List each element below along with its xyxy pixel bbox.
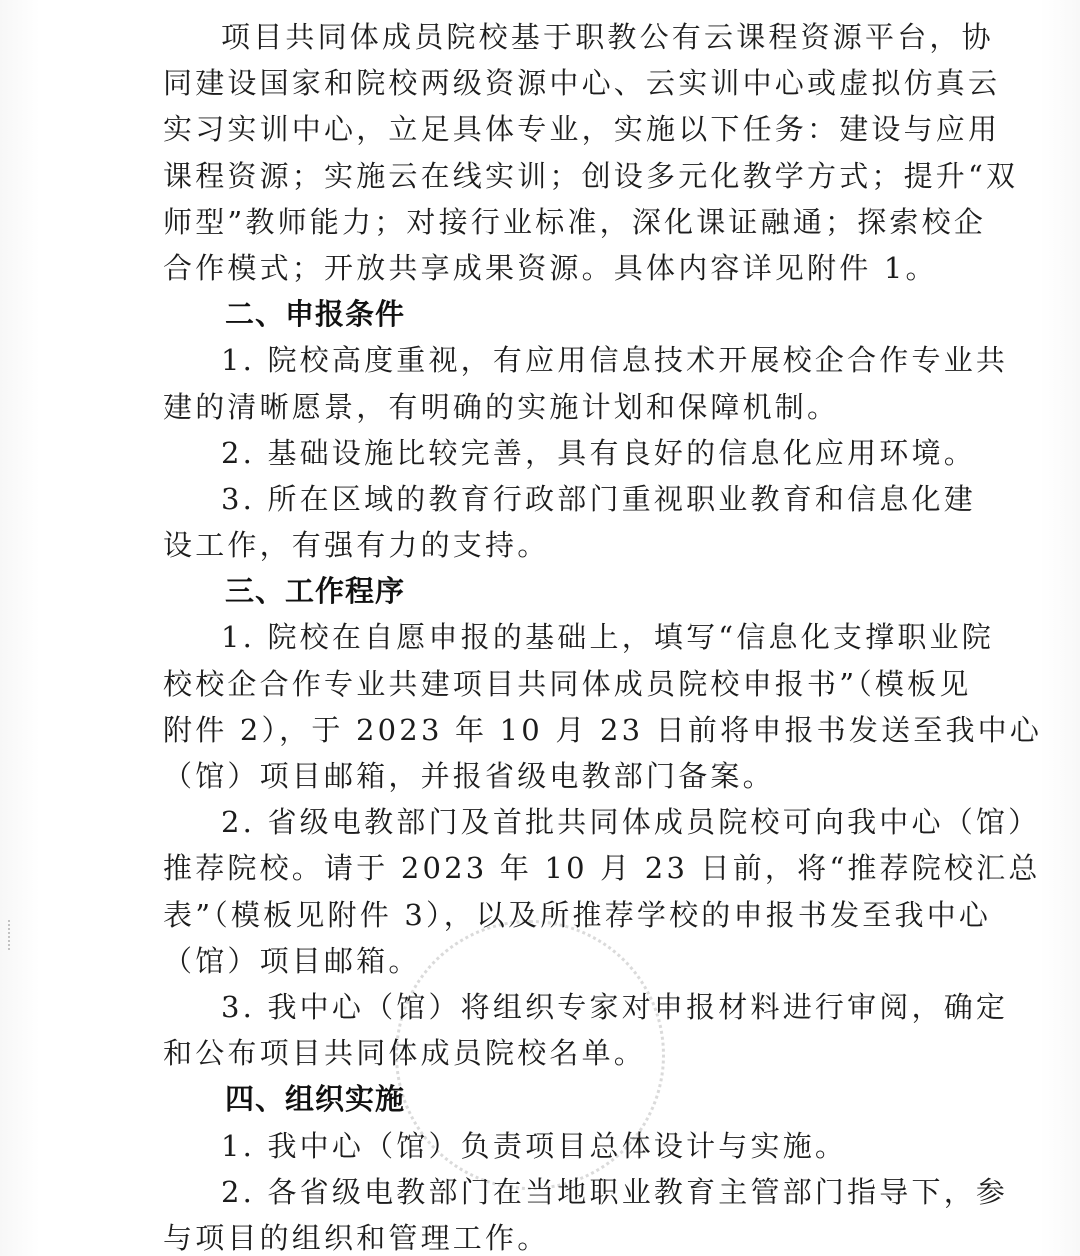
text-line: 同建设国家和院校两级资源中心、云实训中心或虚拟仿真云 — [163, 60, 908, 106]
list-item: 1. 院校高度重视，有应用信息技术开展校企合作专业共 建的清晰愿景，有明确的实施… — [163, 337, 908, 429]
text-line: （馆）项目邮箱，并报省级电教部门备案。 — [163, 753, 908, 799]
text-line: 1. 我中心（馆）负责项目总体设计与实施。 — [163, 1123, 908, 1169]
list-item: 3. 我中心（馆）将组织专家对申报材料进行审阅，确定 和公布项目共同体成员院校名… — [163, 984, 908, 1076]
text-line: 附件 2），于 2023 年 10 月 23 日前将申报书发送至我中心 — [163, 707, 908, 753]
text-line: 2. 基础设施比较完善，具有良好的信息化应用环境。 — [163, 430, 908, 476]
text-line: 校校企合作专业共建项目共同体成员院校申报书”（模板见 — [163, 661, 908, 707]
section-work-procedure: 三、工作程序 1. 院校在自愿申报的基础上，填写“信息化支撑职业院 校校企合作专… — [163, 568, 908, 1076]
text-line: （馆）项目邮箱。 — [163, 938, 908, 984]
text-line: 项目共同体成员院校基于职教公有云课程资源平台，协 — [163, 14, 908, 60]
section-heading: 四、组织实施 — [163, 1076, 908, 1122]
list-item: 1. 院校在自愿申报的基础上，填写“信息化支撑职业院 校校企合作专业共建项目共同… — [163, 614, 908, 799]
intro-paragraph: 项目共同体成员院校基于职教公有云课程资源平台，协 同建设国家和院校两级资源中心、… — [163, 14, 908, 291]
text-line: 建的清晰愿景，有明确的实施计划和保障机制。 — [163, 384, 908, 430]
scanned-document-page: 项目共同体成员院校基于职教公有云课程资源平台，协 同建设国家和院校两级资源中心、… — [0, 0, 1080, 1256]
text-line: 1. 院校高度重视，有应用信息技术开展校企合作专业共 — [163, 337, 908, 383]
list-item: 2. 省级电教部门及首批共同体成员院校可向我中心（馆） 推荐院校。请于 2023… — [163, 799, 908, 984]
list-item: 3. 所在区域的教育行政部门重视职业教育和信息化建 设工作，有强有力的支持。 — [163, 476, 908, 568]
section-heading: 三、工作程序 — [163, 568, 908, 614]
text-line: 设工作，有强有力的支持。 — [163, 522, 908, 568]
text-line: 3. 所在区域的教育行政部门重视职业教育和信息化建 — [163, 476, 908, 522]
text-line: 2. 省级电教部门及首批共同体成员院校可向我中心（馆） — [163, 799, 908, 845]
text-line: 合作模式；开放共享成果资源。具体内容详见附件 1。 — [163, 245, 908, 291]
text-line: 表”（模板见附件 3），以及所推荐学校的申报书发至我中心 — [163, 892, 908, 938]
text-line: 推荐院校。请于 2023 年 10 月 23 日前，将“推荐院校汇总 — [163, 845, 908, 891]
list-item: 2. 基础设施比较完善，具有良好的信息化应用环境。 — [163, 430, 908, 476]
text-line: 课程资源；实施云在线实训；创设多元化教学方式；提升“双 — [163, 153, 908, 199]
list-item: 2. 各省级电教部门在当地职业教育主管部门指导下，参 与项目的组织和管理工作。 — [163, 1169, 908, 1256]
scan-specks — [8, 920, 24, 950]
text-line: 和公布项目共同体成员院校名单。 — [163, 1030, 908, 1076]
list-item: 1. 我中心（馆）负责项目总体设计与实施。 — [163, 1123, 908, 1169]
text-line: 3. 我中心（馆）将组织专家对申报材料进行审阅，确定 — [163, 984, 908, 1030]
section-heading: 二、申报条件 — [163, 291, 908, 337]
text-line: 实习实训中心，立足具体专业，实施以下任务：建设与应用 — [163, 106, 908, 152]
text-line: 师型”教师能力；对接行业标准，深化课证融通；探索校企 — [163, 199, 908, 245]
text-line: 1. 院校在自愿申报的基础上，填写“信息化支撑职业院 — [163, 614, 908, 660]
document-body: 项目共同体成员院校基于职教公有云课程资源平台，协 同建设国家和院校两级资源中心、… — [163, 14, 908, 1256]
text-line: 与项目的组织和管理工作。 — [163, 1215, 908, 1256]
text-line: 2. 各省级电教部门在当地职业教育主管部门指导下，参 — [163, 1169, 908, 1215]
section-organization-implementation: 四、组织实施 1. 我中心（馆）负责项目总体设计与实施。 2. 各省级电教部门在… — [163, 1076, 908, 1256]
section-application-conditions: 二、申报条件 1. 院校高度重视，有应用信息技术开展校企合作专业共 建的清晰愿景… — [163, 291, 908, 568]
